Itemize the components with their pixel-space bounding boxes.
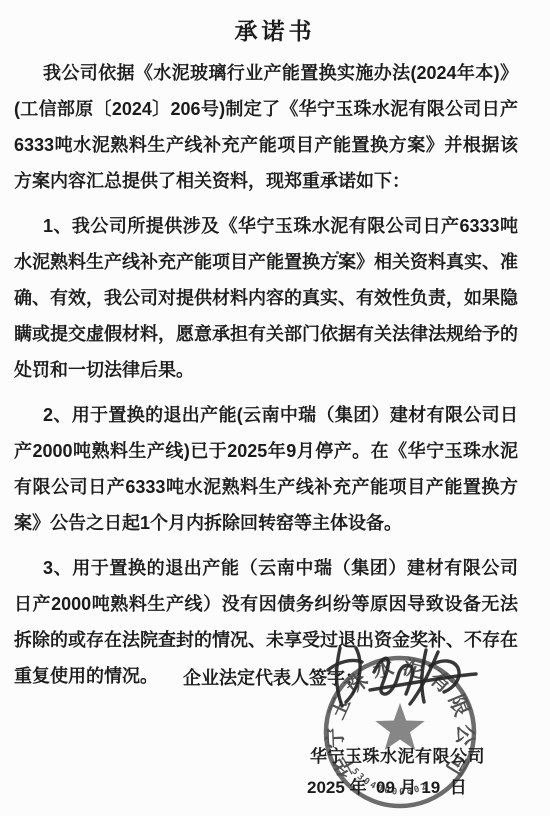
commitment-letter-page: 承诺书 我公司依据《水泥玻璃行业产能置换实施办法(2024年本)》(工信部原〔2… [0,0,550,816]
document-date: 2025 年 09 月 19 日 [307,773,467,798]
document-title: 承诺书 [0,0,550,46]
document-body: 我公司依据《水泥玻璃行业产能置换实施办法(2024年本)》(工信部原〔2024〕… [0,55,550,694]
intro-paragraph: 我公司依据《水泥玻璃行业产能置换实施办法(2024年本)》(工信部原〔2024〕… [14,55,518,199]
commitment-item-2: 2、用于置换的退出产能(云南中瑞（集团）建材有限公司日产2000吨熟料生产线)已… [14,397,518,541]
handwritten-signature [326,640,478,716]
commitment-item-1: 1、我公司所提供涉及《华宁玉珠水泥有限公司日产6333吨水泥熟料生产线补充产能项… [14,208,518,388]
company-name: 华宁玉珠水泥有限公司 [310,742,485,767]
scan-speck [336,251,339,254]
